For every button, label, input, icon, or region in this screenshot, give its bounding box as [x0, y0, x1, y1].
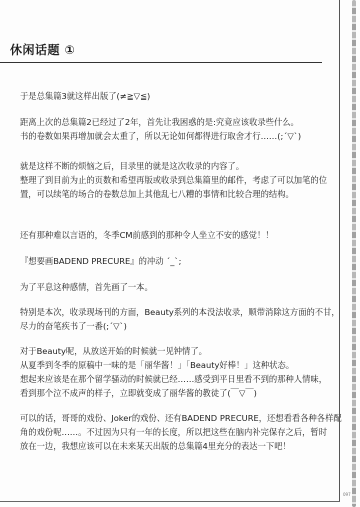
- text-line: 看到那个泣不成声的样子，立即就变成了丽华酱的教徒了(￣▽￣): [20, 388, 257, 398]
- text-line: 于是总集篇3就这样出版了(≠≧▽≦): [20, 91, 150, 101]
- torn-page-edge: [352, 0, 356, 507]
- text-line: 放在一边，我想应该可以在未来某天出版的总集篇4里充分的表达一下吧！: [20, 441, 291, 451]
- text-line: 对于Beauty呢，从放送开始的时候就一见钟情了。: [20, 346, 207, 356]
- page-number: 097: [343, 492, 351, 497]
- title-divider: [0, 62, 322, 63]
- text-line: 角的戏份呢……。不过因为只有一年的长度，所以把这些在脑内补完保存之后，暂时: [20, 427, 327, 437]
- text-line: 为了平息这种感情，首先画了一本。: [20, 282, 153, 292]
- page-title: 休闲话题 ①: [10, 41, 75, 58]
- text-line: 尽力的奋笔疾书了一番(;´▽`): [20, 321, 127, 331]
- text-line: 距离上次的总集篇2已经过了2年，首先让我困惑的是:究竟应该收录些什么。: [20, 117, 299, 127]
- text-line: 还有那种难以言语的，冬季CM前感到的那种令人坐立不安的感觉！！: [20, 230, 274, 240]
- text-line: 想起来应该是在那个留学骚动的时候就已经……感受到平日里看不到的那种人情味，: [20, 374, 327, 384]
- text-line: 置，可以续笔的场合的卷数总加上其他乱七八糟的事情和比较合理的结构。: [20, 189, 294, 199]
- bottom-margin-rule: [0, 501, 340, 502]
- text-line: 可以的话，哥哥的戏份、Joker的戏份、还有BADEND PRECURE，还想看…: [20, 413, 342, 423]
- text-line: 『想要画BADEND PRECURE』的冲动 ´_`;: [20, 256, 181, 266]
- text-line: 从夏季到冬季的原稿中一味的是「丽华酱！」「Beauty好棒！」这种状态。: [20, 360, 294, 370]
- right-margin-rule: [339, 0, 340, 502]
- text-line: 特别是本次，收录现场刊的方面，Beauty系列的本没法收录，顺带消除这方面的不甘…: [20, 307, 340, 317]
- book-page: 休闲话题 ① 于是总集篇3就这样出版了(≠≧▽≦) 距离上次的总集篇2已经过了2…: [0, 0, 360, 507]
- text-line: 整理了到目前为止的页数和希望再版或收录到总集篇里的邮件，考虑了可以加笔的位: [20, 175, 327, 185]
- text-line: 就是这样不断的烦恼之后，目录里的就是这次收录的内容了。: [20, 161, 244, 171]
- text-line: 书的卷数如果再增加就会太重了，所以无论如何都得进行取舍才行……(;´▽`): [20, 131, 301, 141]
